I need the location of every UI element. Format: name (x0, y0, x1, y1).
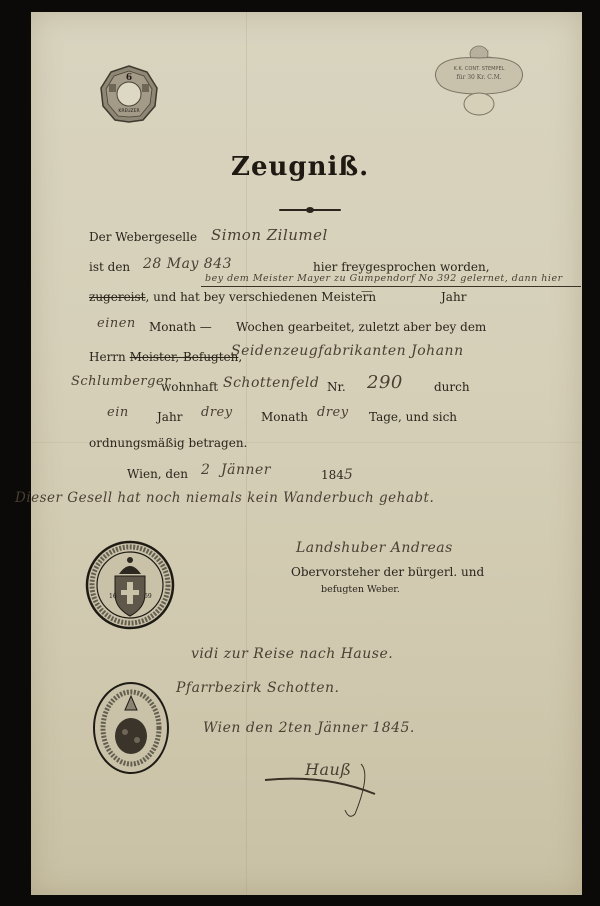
line5-herrn: Herrn (89, 350, 126, 364)
months-count: drey (201, 405, 233, 420)
employer-surname: Schlumberger (71, 374, 171, 389)
weavers-guild-seal-icon: 16 69 (85, 540, 175, 630)
fold-crease-vertical (246, 12, 247, 895)
document-title: Zeugniß. (231, 152, 369, 182)
line7-jahr: Jahr (157, 410, 182, 424)
line3-blank-value: — (361, 284, 374, 298)
certificate-paper: 6 KREUZER K.K. CONT. STEMPEL für 30 Kr. … (31, 12, 582, 895)
line3-print: zugereist, und hat bey verschiedenen Mei… (89, 290, 376, 304)
dateline-place: Wien, den (127, 467, 188, 481)
line4-text: Wochen gearbeitet, zuletzt aber bey dem (236, 320, 486, 334)
line6-wohnhaft: wohnhaft (161, 380, 218, 394)
svg-text:K.K. CONT. STEMPEL: K.K. CONT. STEMPEL (454, 66, 505, 72)
months-value: einen (97, 316, 136, 331)
dateline-day: 2 (201, 462, 210, 478)
svg-text:für 30 Kr. C.M.: für 30 Kr. C.M. (456, 74, 501, 81)
line1-print: Der Webergeselle (89, 230, 197, 244)
apprenticeship-insert: bey dem Meister Mayer zu Gumpendorf No 3… (205, 273, 563, 284)
years-value: ein (107, 405, 129, 420)
employer-title: Seidenzeugfabrikanten Johann (231, 343, 464, 359)
line3-text: , und hat bey verschiedenen Meistern (146, 290, 377, 304)
line7-tage: Tage, und sich (369, 410, 457, 424)
line4-monath: Monath — (149, 320, 212, 334)
endorsement-line3: Wien den 2ten Jänner 1845. (203, 720, 415, 736)
residence-place: Schottenfeld (223, 375, 319, 391)
struck-meister-befugten: Meister, Befugten (130, 350, 239, 364)
dateline-year-print: 1845 (321, 467, 353, 483)
insert-underline (201, 286, 581, 287)
journeyman-name: Simon Zilumel (211, 226, 328, 244)
endorsement-line1: vidi zur Reise nach Hause. (191, 646, 393, 662)
freed-date: 28 May 843 (143, 256, 232, 272)
struck-zugereist: zugereist (89, 290, 146, 304)
chief-master-signature: Landshuber Andreas (296, 540, 453, 556)
title-ornament-divider (279, 209, 341, 211)
svg-text:6: 6 (126, 73, 132, 83)
line5-print: Herrn Meister, Befugten, (89, 350, 242, 364)
house-number: 290 (367, 372, 403, 393)
photo-background: 6 KREUZER K.K. CONT. STEMPEL für 30 Kr. … (0, 0, 600, 906)
line1-prefix: Der Webergeselle (89, 230, 197, 244)
schottenstift-parish-seal-icon (91, 680, 171, 776)
chief-master-title-line1: Obervorsteher der bürgerl. und (291, 565, 484, 579)
line7-monath: Monath (261, 410, 308, 424)
chief-master-title-line2: befugten Weber. (321, 584, 400, 595)
line3-jahr: Jahr (441, 290, 466, 304)
svg-text:69: 69 (144, 593, 152, 600)
endorsement-line2: Pfarrbezirk Schotten. (176, 680, 339, 696)
line6-nr: Nr. (327, 380, 346, 394)
line6-durch: durch (434, 380, 470, 394)
dateline-month: Jänner (221, 462, 271, 478)
days-count: drey (317, 405, 349, 420)
signature-flourish-icon (261, 760, 401, 820)
line8-text: ordnungsmäßig betragen. (89, 436, 247, 450)
embossed-revenue-stamp-icon: K.K. CONT. STEMPEL für 30 Kr. C.M. (429, 42, 529, 122)
no-wanderbuch-remark: Dieser Gesell hat noch niemals kein Wand… (15, 490, 434, 506)
svg-text:KREUZER: KREUZER (118, 108, 139, 114)
svg-text:16: 16 (109, 593, 117, 600)
line2-prefix: ist den (89, 260, 130, 274)
line2-suffix: hier freygesprochen worden, (313, 260, 490, 274)
tax-stamp-6-kreuzer-icon: 6 KREUZER (99, 64, 159, 124)
year-hand-digit: 5 (344, 467, 353, 483)
year-print: 184 (321, 468, 344, 482)
